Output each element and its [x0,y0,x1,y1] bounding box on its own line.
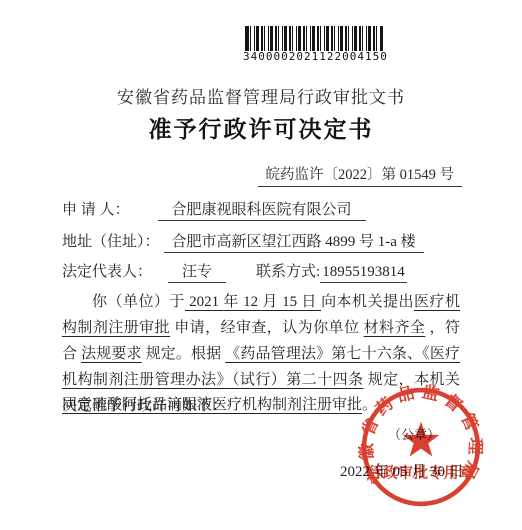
document-page: 3400002021122004150 安徽省药品监督管理局行政审批文书 准予行… [0,0,522,530]
body-text-segment: 2021 年 12 月 15 日 [185,294,321,310]
document-number: 皖药监许〔2022〕第 01549 号 [258,163,463,187]
body-text-segment: 你（单位）于 [92,294,185,310]
address-value: 合肥市高新区望江西路 4899 号 1-a 楼 [164,230,424,253]
official-seal: 安徽省药品监督管理局 行政审批专用章 [358,384,484,510]
barcode-number: 3400002021122004150 [243,51,385,63]
body-text-segment: 材料齐全 [364,320,426,336]
body-text-segment: 向本机关提出 [321,294,414,310]
body-text-segment: 申请，经审查，认为你单位 [170,320,364,336]
applicant-row: 申 请 人：合肥康视眼科医院有限公司 [62,198,366,221]
legal-rep-value: 汪专 [168,260,226,283]
address-label: 地址（住址）： [62,234,160,250]
applicant-value: 合肥康视眼科医院有限公司 [158,198,366,221]
contact-value: 18955193814 [320,264,407,283]
legal-rep-row: 法定代表人：汪专联系方式:18955193814 [62,260,407,283]
applicant-label: 申 请 人： [62,202,130,218]
contact-label: 联系方式: [256,264,320,280]
body-text-segment: 同意硫酸阿托品滴眼液医疗机构制剂注册审批 [62,397,362,413]
body-text-segment: 法规要求 [81,346,142,362]
legal-rep-label: 法定代表人： [62,264,152,280]
seal-bottom-text: 行政审批专用章 [368,463,475,481]
address-row: 地址（住址）：合肥市高新区望江西路 4899 号 1-a 楼 [62,230,424,253]
star-icon [403,422,440,457]
barcode-block: 3400002021122004150 [243,26,385,63]
barcode [245,26,383,51]
header-org-title: 安徽省药品监督管理局行政审批文书 [0,83,522,108]
body-text-segment: 规定。根据 [142,346,226,362]
document-title: 准予行政许可决定书 [0,111,522,144]
